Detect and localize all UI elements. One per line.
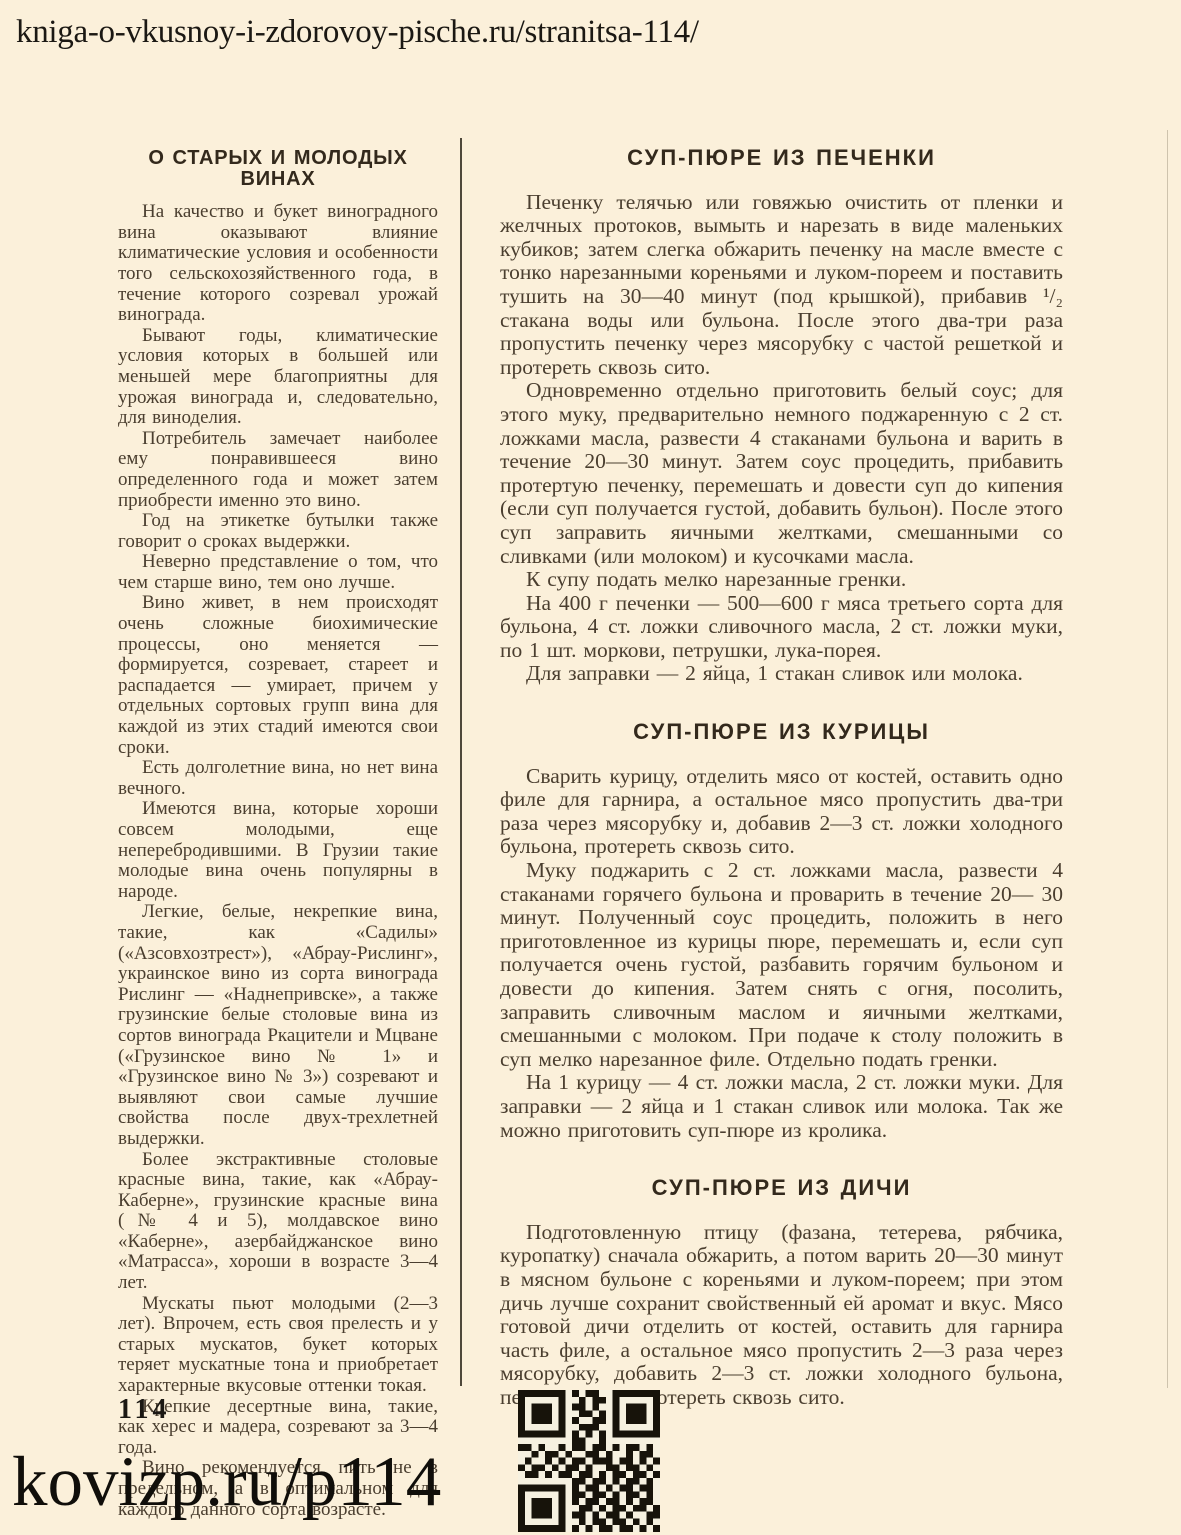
page-edge-shadow [1167,130,1168,1388]
paragraph: Легкие, белые, некрепкие вина, такие, ка… [118,902,438,1149]
section-heading: СУП-ПЮРЕ ИЗ ДИЧИ [500,1176,1063,1200]
section-heading: СУП-ПЮРЕ ИЗ КУРИЦЫ [500,720,1063,744]
book-page: kniga-o-vkusnoy-i-zdorovoy-pische.ru/str… [0,0,1181,1535]
section-heading: О СТАРЫХ И МОЛОДЫХ ВИНАХ [118,148,438,189]
paragraph: Более экстрактивные столовые красные вин… [118,1150,438,1294]
right-column: СУП-ПЮРЕ ИЗ ПЕЧЕНКИПеченку телячью или г… [500,146,1063,1410]
paragraph: Для заправки — 2 яйца, 1 стакан сливок и… [500,662,1063,686]
qr-code [518,1390,660,1532]
paragraph: Мускаты пьют молодыми (2—3 лет). Впрочем… [118,1294,438,1397]
paragraph: Бывают годы, климатические условия котор… [118,326,438,429]
paragraph: Потребитель замечает наиболее ему понрав… [118,429,438,511]
paragraph: К супу подать мелко нарезанные гренки. [500,568,1063,592]
paragraph: Имеются вина, которые хороши совсем моло… [118,799,438,902]
left-column: О СТАРЫХ И МОЛОДЫХ ВИНАХНа качество и бу… [118,148,438,1520]
page-url: kniga-o-vkusnoy-i-zdorovoy-pische.ru/str… [16,14,699,51]
section-heading: СУП-ПЮРЕ ИЗ ПЕЧЕНКИ [500,146,1063,170]
page-number: 114 [118,1394,170,1426]
paragraph: Есть долголетние вина, но нет вина вечно… [118,758,438,799]
paragraph: Одновременно отдельно приготовить белый … [500,379,1063,568]
paragraph: Муку поджарить с 2 ст. ложками масла, ра… [500,859,1063,1071]
footer-link: kovizp.ru/p114 [12,1442,441,1523]
paragraph: Неверно представление о том, что чем ста… [118,552,438,593]
paragraph: На качество и букет виноградного вина ок… [118,202,438,326]
paragraph: На 400 г печенки — 500—600 г мяса третье… [500,592,1063,663]
paragraph: Печенку телячью или говяжью очистить от … [500,191,1063,380]
paragraph: На 1 курицу — 4 ст. ложки масла, 2 ст. л… [500,1071,1063,1142]
column-divider [460,138,462,1386]
paragraph: Год на этикетке бутылки также говорит о … [118,511,438,552]
paragraph: Подготовленную птицу (фазана, тетерева, … [500,1221,1063,1410]
paragraph: Сварить курицу, отделить мясо от костей,… [500,765,1063,859]
paragraph: Вино живет, в нем происходят очень сложн… [118,593,438,758]
